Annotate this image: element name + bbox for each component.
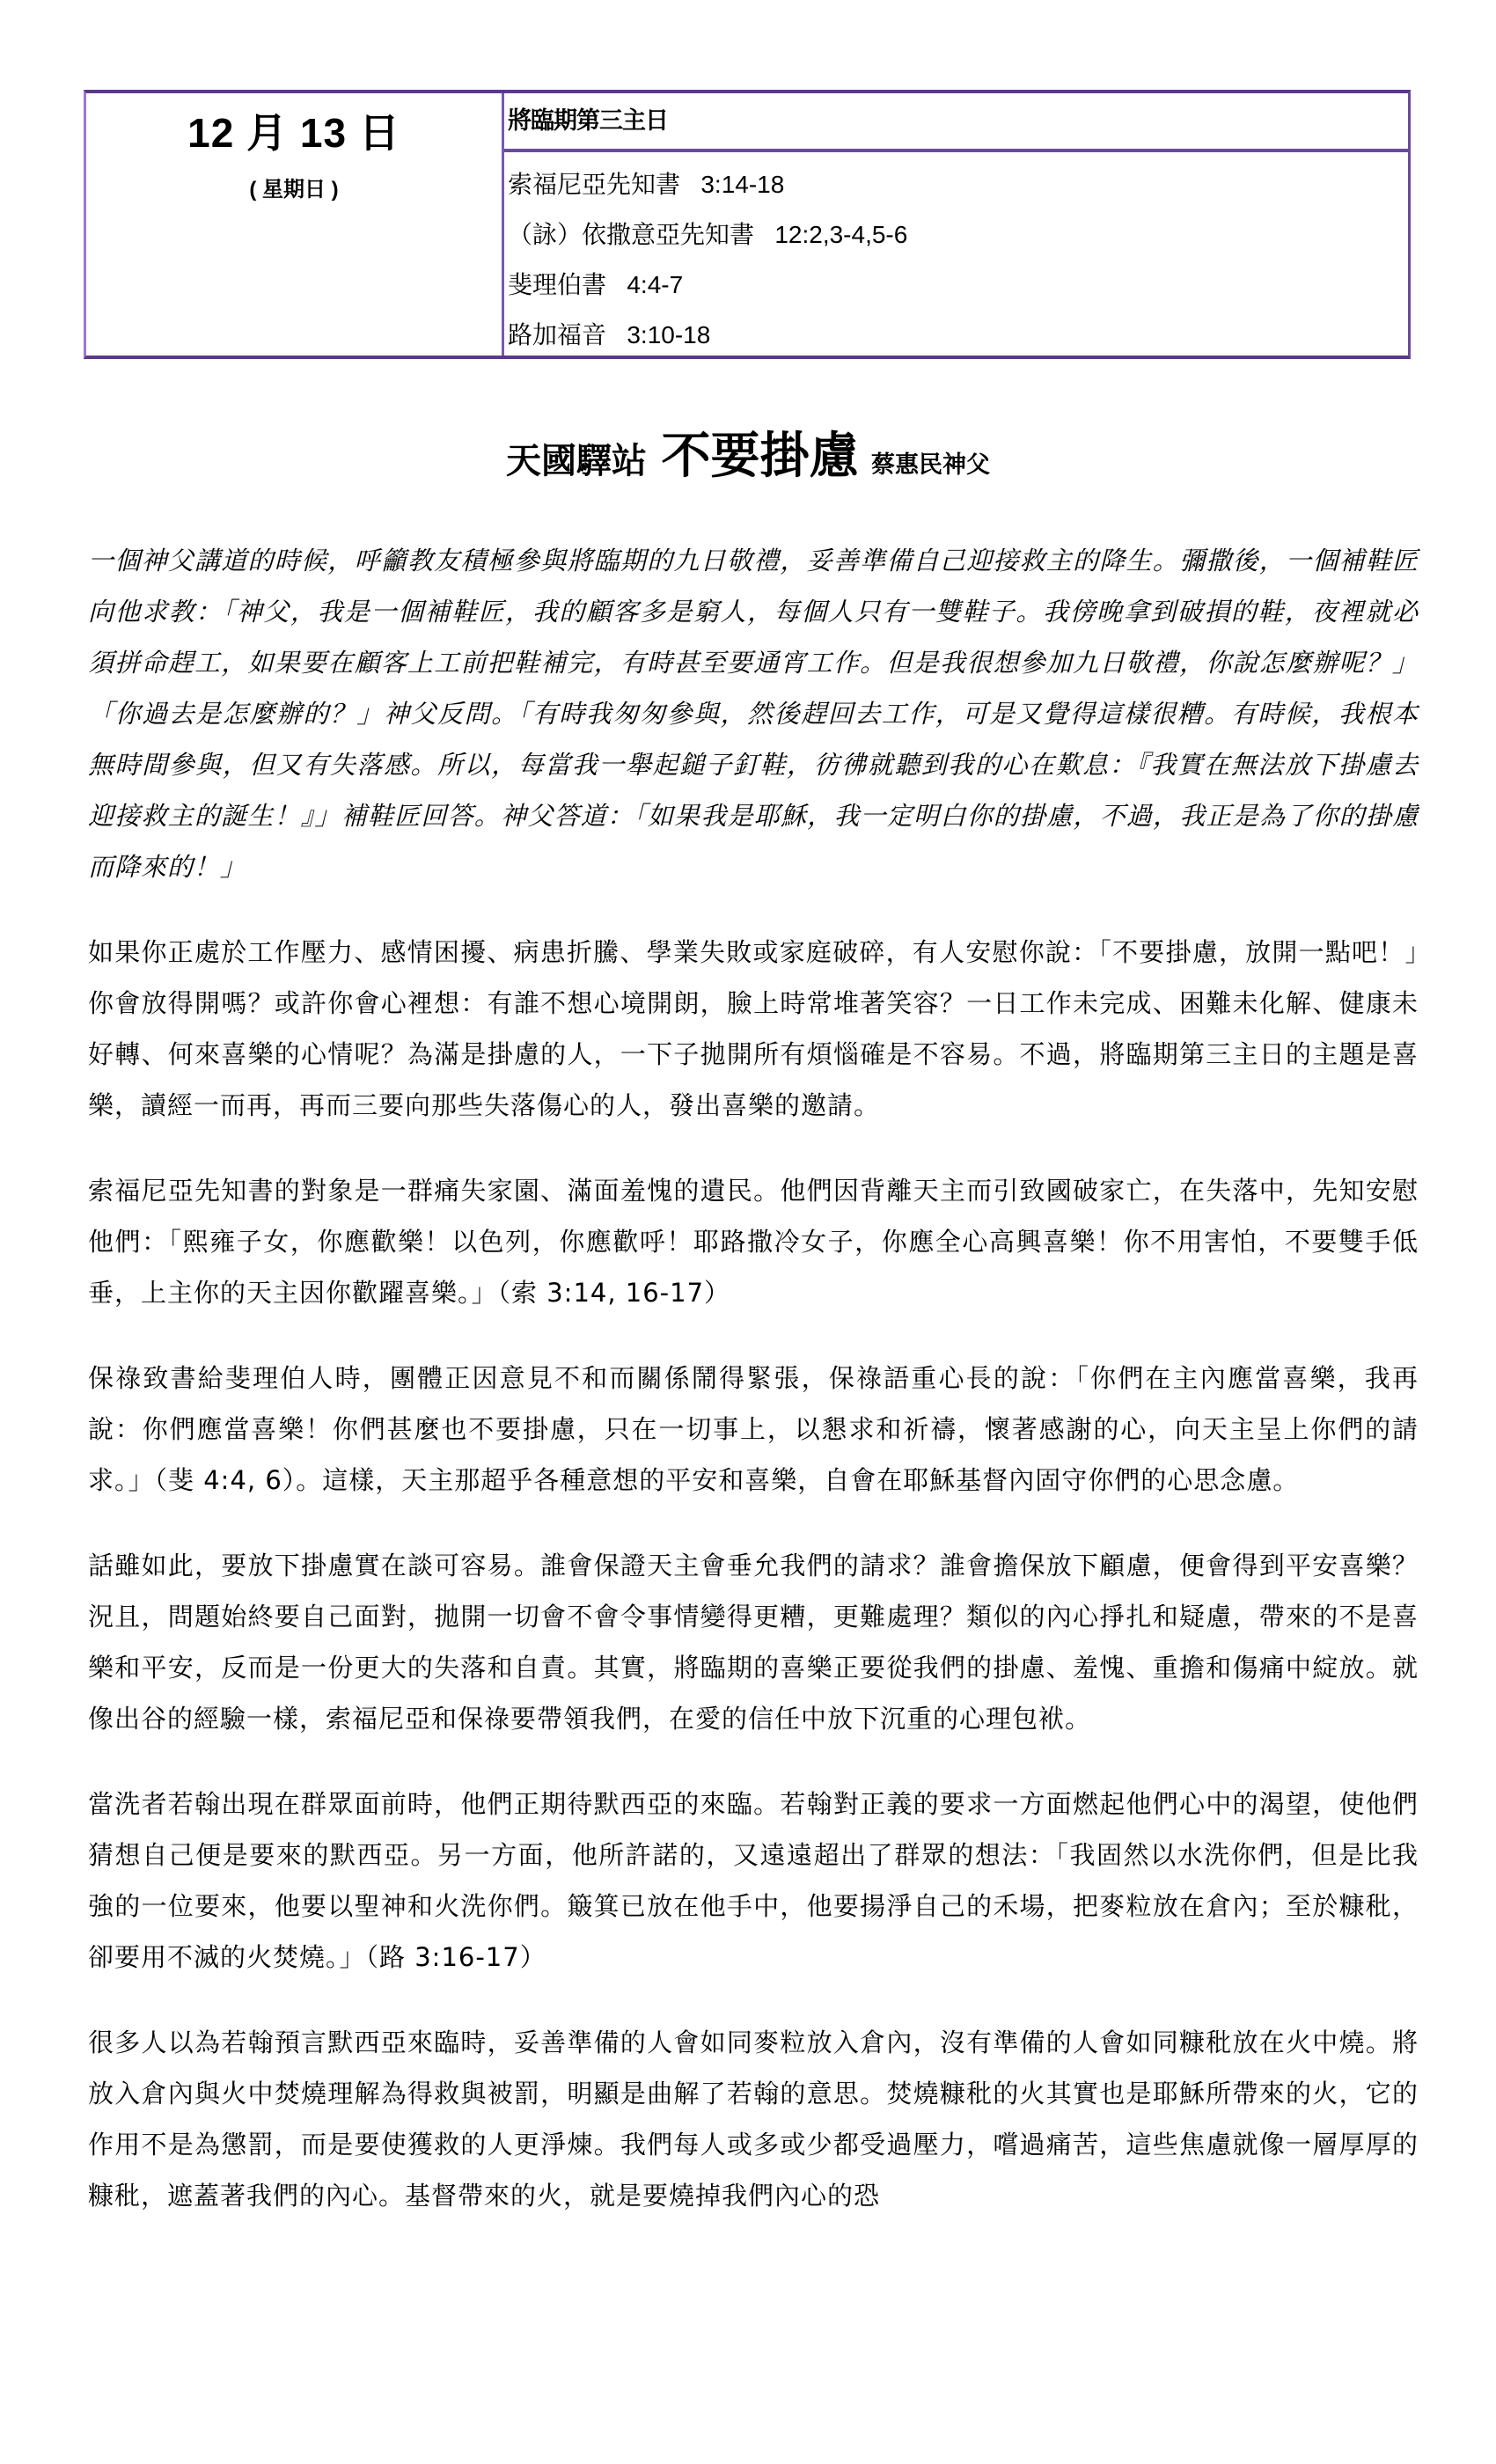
body-paragraph: 話雖如此，要放下掛慮實在談可容易。誰會保證天主會垂允我們的請求？誰會擔保放下顧慮… bbox=[88, 1540, 1419, 1744]
body-paragraph: 如果你正處於工作壓力、感情困擾、病患折騰、學業失敗或家庭破碎，有人安慰你說：「不… bbox=[88, 927, 1419, 1131]
article-heading: 天國驛站 不要掛慮 蔡惠民神父 bbox=[0, 421, 1496, 504]
reading-item: 斐理伯書 4:4-7 bbox=[508, 260, 1408, 310]
column-name: 天國驛站 bbox=[506, 442, 647, 480]
reading-item: （詠）依撒意亞先知書 12:2,3-4,5-6 bbox=[508, 209, 1408, 260]
liturgy-readings-table: 12 月 13 日 ( 星期日 ) 將臨期第三主日 索福尼亞先知書 3:14-1… bbox=[84, 90, 1411, 359]
date-cell: 12 月 13 日 ( 星期日 ) bbox=[86, 93, 504, 356]
weekday-label: ( 星期日 ) bbox=[86, 180, 502, 201]
lead-paragraph: 一個神父講道的時候，呼籲教友積極參與將臨期的九日敬禮，妥善準備自己迎接救主的降生… bbox=[88, 535, 1419, 892]
readings-list: 索福尼亞先知書 3:14-18 （詠）依撒意亞先知書 12:2,3-4,5-6 … bbox=[504, 152, 1408, 360]
body-paragraph: 保祿致書給斐理伯人時，團體正因意見不和而關係鬧得緊張，保祿語重心長的說：「你們在… bbox=[88, 1353, 1419, 1506]
date-label: 12 月 13 日 bbox=[86, 113, 502, 153]
article-body: 一個神父講道的時候，呼籲教友積極參與將臨期的九日敬禮，妥善準備自己迎接救主的降生… bbox=[88, 535, 1419, 2255]
reading-item: 路加福音 3:10-18 bbox=[508, 310, 1408, 360]
article-title: 不要掛慮 bbox=[662, 428, 859, 483]
readings-cell: 將臨期第三主日 索福尼亞先知書 3:14-18 （詠）依撒意亞先知書 12:2,… bbox=[504, 93, 1408, 356]
reading-item: 索福尼亞先知書 3:14-18 bbox=[508, 159, 1408, 209]
body-paragraph: 當洗者若翰出現在群眾面前時，他們正期待默西亞的來臨。若翰對正義的要求一方面燃起他… bbox=[88, 1778, 1419, 1983]
sunday-title: 將臨期第三主日 bbox=[504, 93, 1408, 152]
author-name: 蔡惠民神父 bbox=[871, 451, 990, 478]
body-paragraph: 很多人以為若翰預言默西亞來臨時，妥善準備的人會如同麥粒放入倉內，沒有準備的人會如… bbox=[88, 2017, 1419, 2221]
body-paragraph: 索福尼亞先知書的對象是一群痛失家園、滿面羞愧的遺民。他們因背離天主而引致國破家亡… bbox=[88, 1165, 1419, 1318]
